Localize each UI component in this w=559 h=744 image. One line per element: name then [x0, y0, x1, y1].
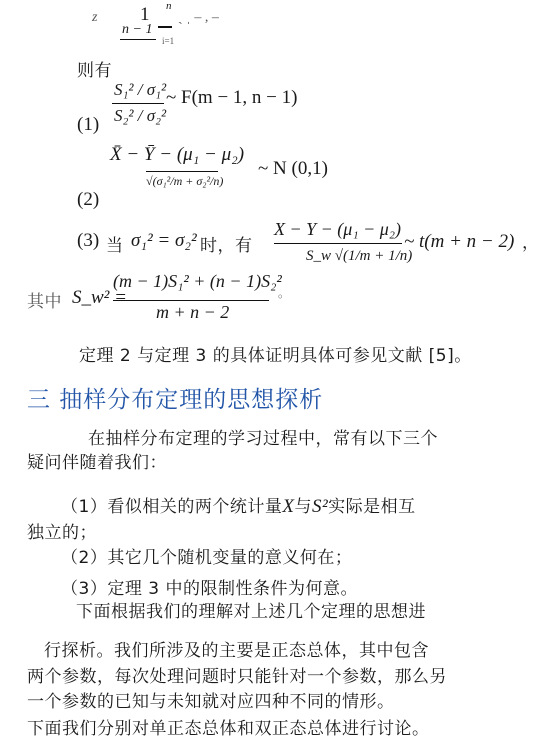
- closing-line-3: 两个参数，每次处理问题时只能针对一个参数，那么另: [27, 662, 447, 687]
- lead-in-text: 则有: [77, 56, 112, 81]
- formula-1-rhs: ~ F(m − 1, n − 1): [166, 87, 297, 109]
- intro-line-2: 疑问伴随着我们：: [27, 448, 167, 473]
- question-1-var-s2: S²: [312, 496, 328, 517]
- formula-1-fraction-line: [112, 103, 164, 104]
- formula-3-condition: σ₁² = σ₂²: [131, 230, 197, 252]
- top-left-glyph: z: [92, 10, 97, 26]
- formula-3-denominator: S_w √(1/m + 1/n): [306, 248, 412, 265]
- closing-line-2: 行探析。我们所涉及的主要是正态总体，其中包含: [44, 636, 429, 661]
- question-1-var-x: X: [282, 496, 294, 517]
- sum-upper-limit: n: [166, 0, 172, 12]
- sum-lower-limit: i=1: [162, 36, 174, 46]
- closing-line-4: 一个参数的已知与未知就对应四种不同的情形。: [27, 687, 395, 712]
- top-fraction-denominator: n − 1: [122, 22, 152, 38]
- formula-2-numerator: X̄ − Ȳ − (μ₁ − μ₂): [110, 144, 244, 166]
- formula-4-denominator: m + n − 2: [156, 302, 229, 323]
- formula-3-label: (3): [77, 230, 99, 252]
- formula-3-comma: ，: [522, 228, 540, 253]
- formula-2-rhs: ~ N (0,1): [258, 158, 328, 180]
- question-3: （3）定理 3 中的限制性条件为何意。: [61, 574, 358, 599]
- question-1-suffix: 实际是相互: [328, 497, 416, 517]
- formula-4-period: 。: [278, 284, 291, 301]
- formula-1-numerator: S₁² / σ₁²: [114, 80, 166, 100]
- formula-3-when: 当: [106, 231, 124, 256]
- formula-3-numerator: X − Y − (μ₁ − μ₂): [274, 219, 401, 240]
- reference-note: 定理 2 与定理 3 的具体证明具体可参见文献 [5]。: [79, 341, 472, 366]
- question-1: （1）看似相关的两个统计量X与S²实际是相互: [61, 492, 416, 518]
- formula-4-prefix: 其中: [27, 287, 62, 312]
- top-fragment-tail: ˎ ˌ – , –: [178, 10, 219, 26]
- section-heading: 三 抽样分布定理的思想探析: [27, 381, 323, 414]
- top-fraction-line: [120, 39, 156, 40]
- sum-symbol: [158, 26, 172, 28]
- question-1-line-2: 独立的；: [27, 518, 97, 543]
- formula-1-denominator: S₂² / σ₂²: [114, 106, 166, 126]
- formula-3-then: 时，有: [200, 231, 253, 256]
- question-1-mid: 与: [294, 497, 312, 517]
- question-2: （2）其它几个随机变量的意义何在；: [61, 543, 352, 568]
- formula-3-rhs: ~ t(m + n − 2): [404, 231, 514, 253]
- closing-line-1: 下面根据我们的理解对上述几个定理的思想进: [76, 597, 426, 622]
- formula-2-denominator: √(σ₁²/m + σ₂²/n): [146, 174, 223, 189]
- formula-4-numerator: (m − 1)S₁² + (n − 1)S₂²: [113, 271, 282, 292]
- intro-line-1: 在抽样分布定理的学习过程中，常有以下三个: [88, 424, 438, 449]
- question-1-prefix: （1）看似相关的两个统计量: [61, 497, 282, 517]
- formula-3-fraction-line: [274, 243, 402, 244]
- formula-2-sqrt-bar: [146, 171, 218, 172]
- formula-1-label: (1): [77, 114, 99, 136]
- closing-line-5: 下面我们分别对单正态总体和双正态总体进行讨论。: [27, 714, 430, 739]
- formula-2-label: (2): [77, 189, 99, 211]
